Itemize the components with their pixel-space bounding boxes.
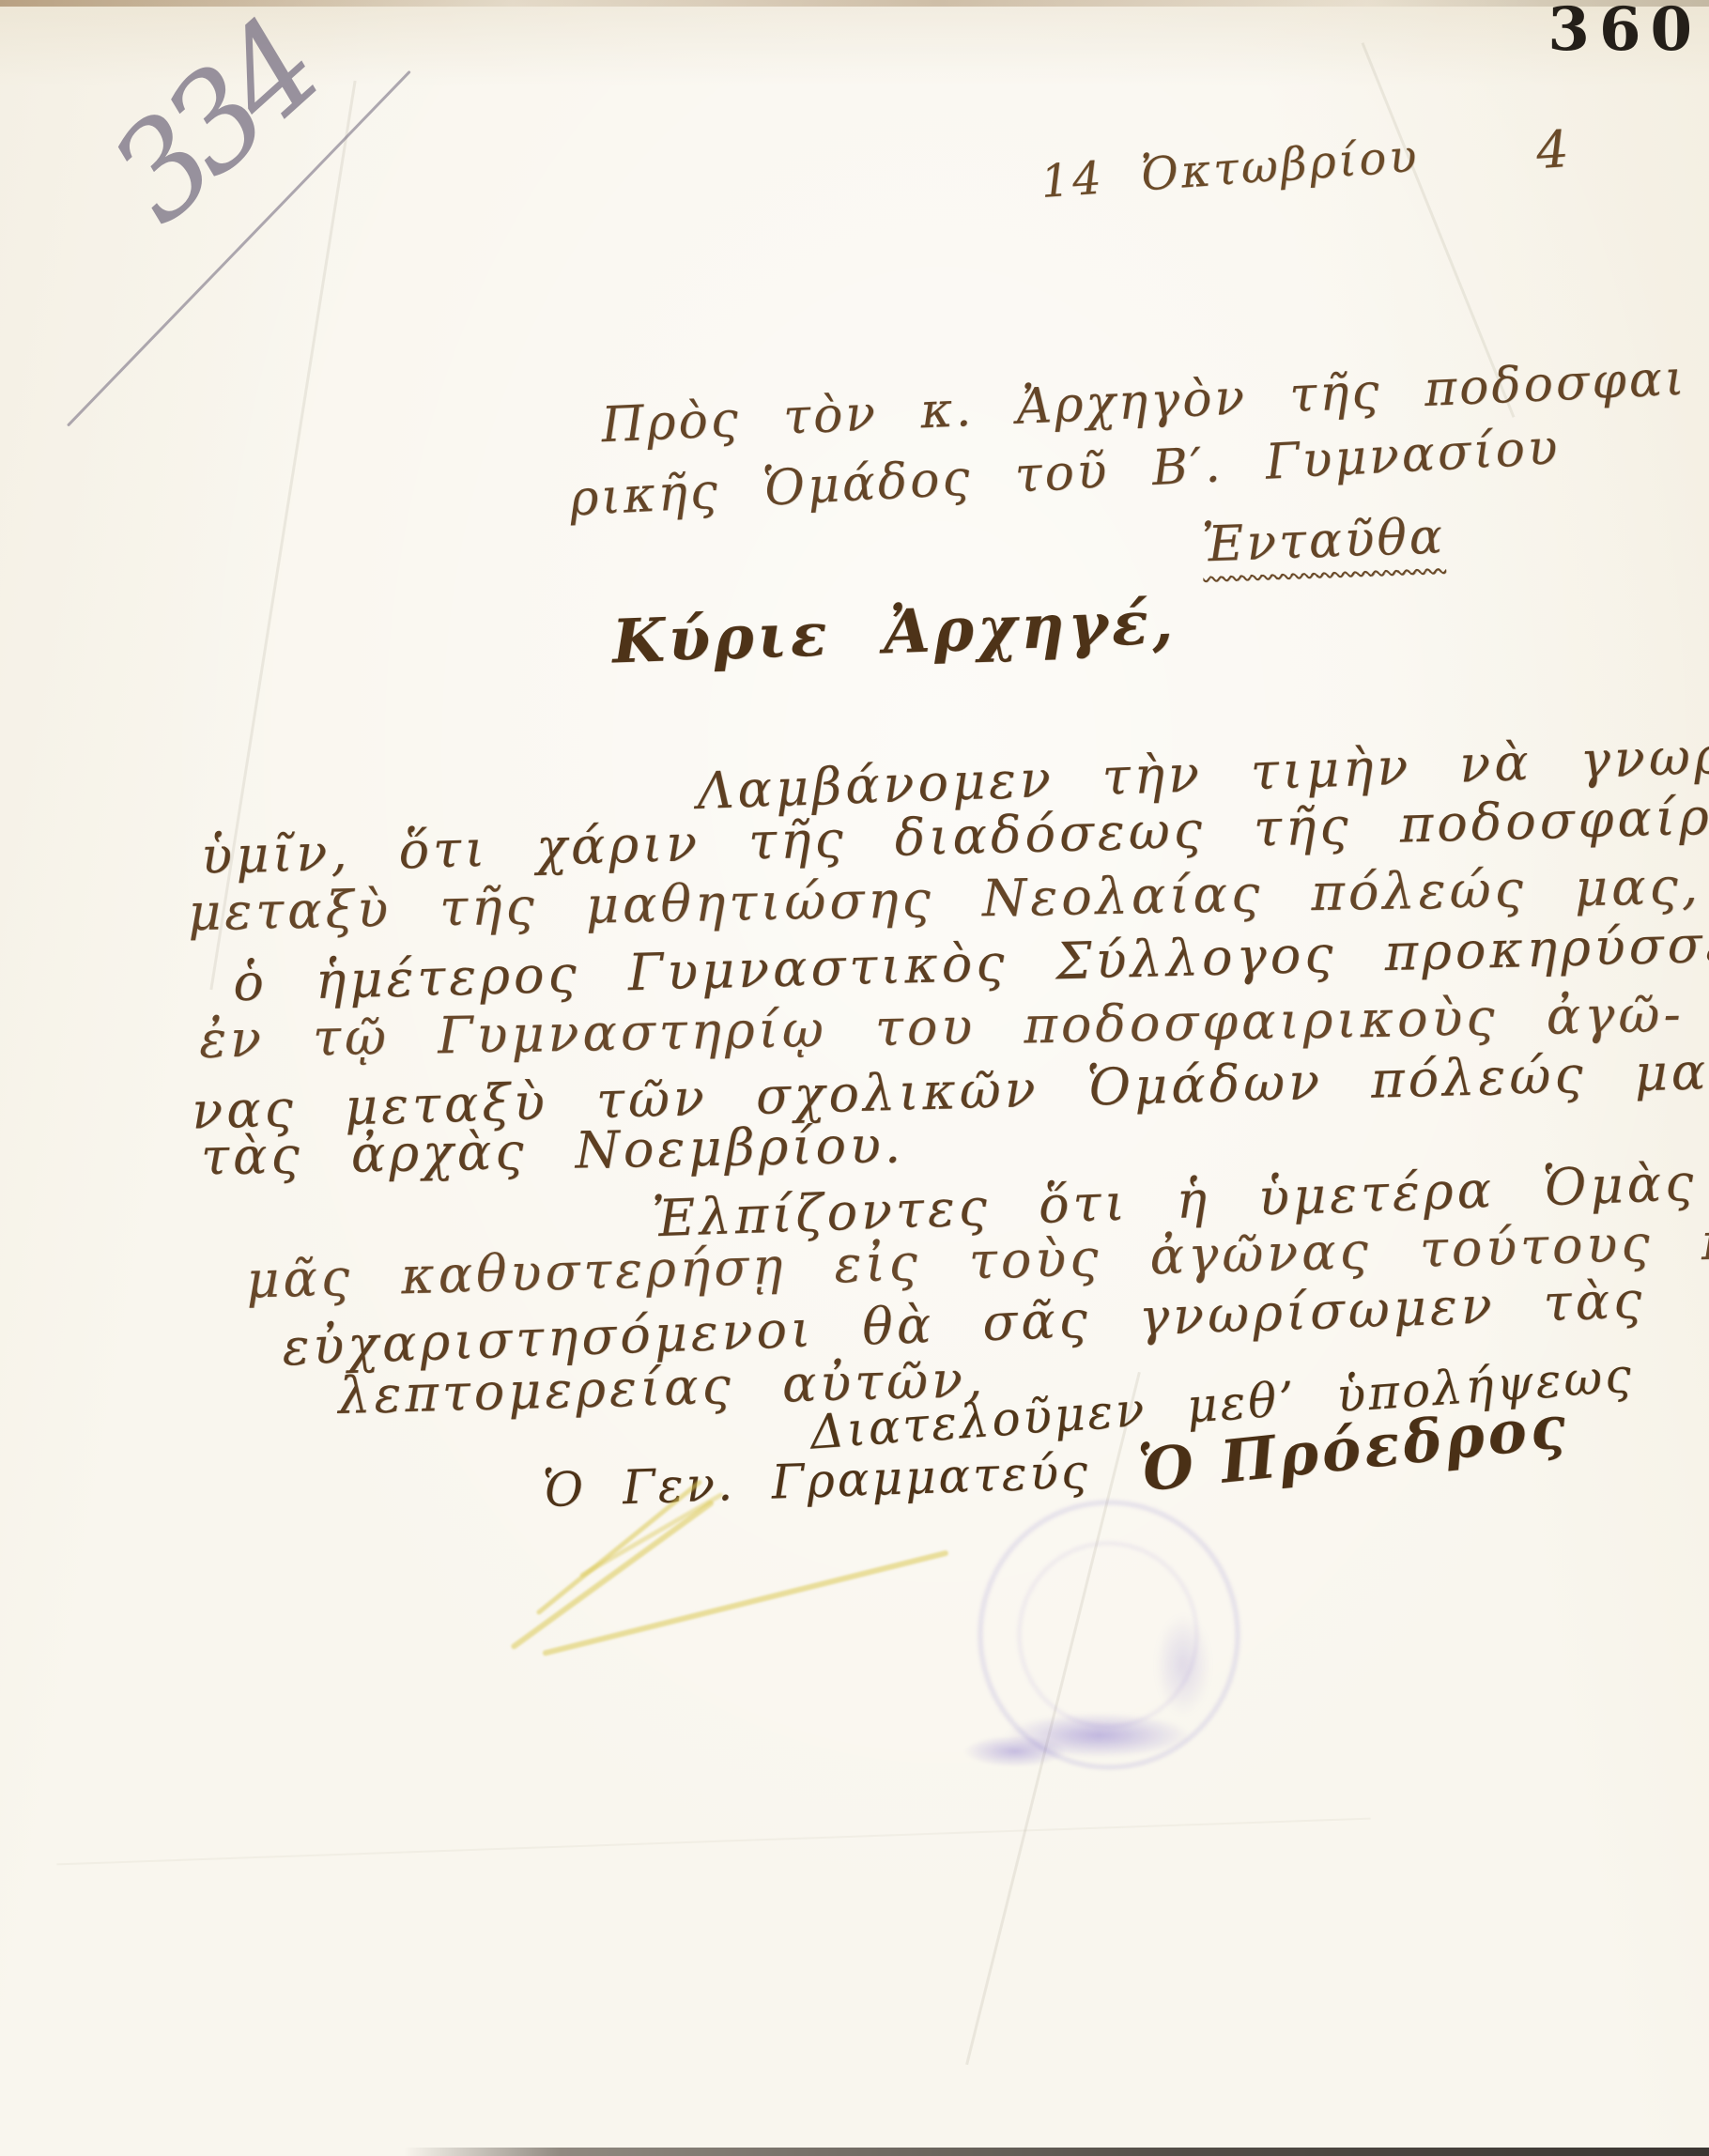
stamp-ink-blot (1155, 1613, 1211, 1717)
stamp-inner-ring (1018, 1542, 1198, 1728)
date-year-digit: 4 (1534, 119, 1574, 180)
yellow-pencil-mark (510, 1500, 715, 1651)
rubber-stamp-impression (978, 1501, 1238, 1769)
archive-number-pencil: 334 (83, 0, 343, 252)
scanned-letter-page: 360 334 14 Ὀκτωβρίου 4 Πρὸς τὸν κ. Ἀρχηγ… (0, 0, 1709, 2156)
date-line: 14 Ὀκτωβρίου (1039, 130, 1422, 208)
salutation: Κύριε Ἀρχηγέ, (611, 588, 1178, 678)
recipient-line-place: Ἐνταῦθα (1201, 509, 1446, 574)
stamp-outer-ring (978, 1501, 1239, 1769)
yellow-pencil-mark (542, 1549, 948, 1655)
stamp-ink-blot (1005, 1713, 1193, 1758)
scan-top-edge (0, 0, 1709, 7)
page-number-stamp: 360 (1547, 0, 1701, 65)
stamp-ink-blot (963, 1735, 1067, 1767)
signature-left-title: Ὁ Γεν. Γραμματεύς (542, 1444, 1091, 1517)
paper-crease (56, 1818, 1370, 1866)
body-line: τὰς ἀρχὰς Νοεμβρίου. (201, 1115, 905, 1186)
scan-bottom-edge (404, 2148, 1709, 2156)
